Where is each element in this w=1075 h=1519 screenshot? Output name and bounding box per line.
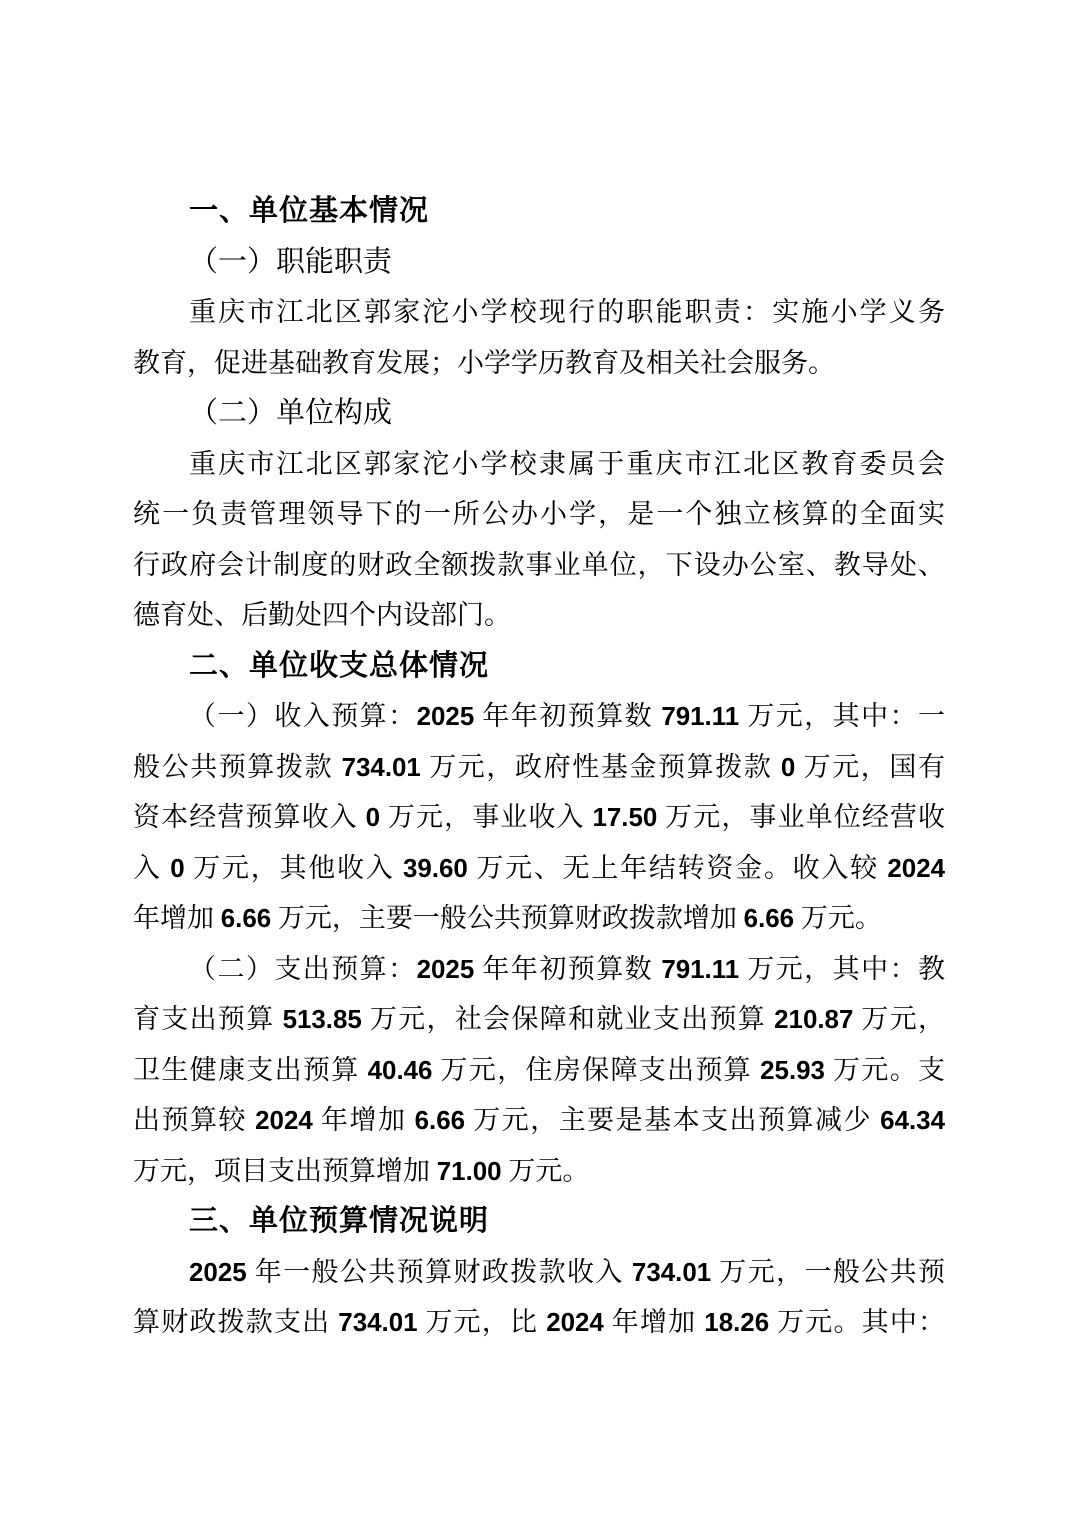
paragraph-line: 入 0 万元，其他收入 39.60 万元、无上年结转资金。收入较 2024: [133, 843, 945, 894]
sub-heading-1-1: （一）职能职责: [133, 237, 945, 288]
numeric-value: 6.66: [744, 905, 794, 933]
numeric-value: 6.66: [221, 905, 271, 933]
numeric-value: 2024: [887, 855, 945, 883]
numeric-value: 2025: [189, 1259, 247, 1287]
paragraph-line: 2025 年一般公共预算财政拨款收入 734.01 万元，一般公共预: [133, 1247, 945, 1298]
paragraph-line: （二）支出预算：2025 年年初预算数 791.11 万元，其中：教: [133, 944, 945, 995]
sub-heading-1-2: （二）单位构成: [133, 388, 945, 439]
numeric-value: 734.01: [632, 1259, 711, 1287]
section-heading-1: 一、单位基本情况: [133, 186, 945, 237]
numeric-value: 39.60: [403, 855, 468, 883]
numeric-value: 0: [170, 855, 184, 883]
numeric-value: 2024: [546, 1309, 604, 1337]
paragraph-line: 重庆市江北区郭家沱小学校现行的职能职责：实施小学义务: [133, 287, 945, 338]
numeric-value: 734.01: [338, 1309, 417, 1337]
numeric-value: 2025: [417, 703, 475, 731]
paragraph-line: 年增加 6.66 万元，主要一般公共预算财政拨款增加 6.66 万元。: [133, 893, 945, 944]
paragraph-line: 资本经营预算收入 0 万元，事业收入 17.50 万元，事业单位经营收: [133, 792, 945, 843]
paragraph-line: 般公共预算拨款 734.01 万元，政府性基金预算拨款 0 万元，国有: [133, 742, 945, 793]
numeric-value: 2025: [417, 956, 475, 984]
numeric-value: 791.11: [661, 703, 739, 731]
paragraph-line: 重庆市江北区郭家沱小学校隶属于重庆市江北区教育委员会: [133, 439, 945, 490]
paragraph-line: 德育处、后勤处四个内设部门。: [133, 590, 945, 641]
paragraph-line: 万元，项目支出预算增加 71.00 万元。: [133, 1146, 945, 1197]
paragraph-line: 出预算较 2024 年增加 6.66 万元，主要是基本支出预算减少 64.34: [133, 1095, 945, 1146]
section-heading-2: 二、单位收支总体情况: [133, 641, 945, 692]
paragraph-line: 教育，促进基础教育发展；小学学历教育及相关社会服务。: [133, 338, 945, 389]
numeric-value: 210.87: [774, 1006, 853, 1034]
numeric-value: 513.85: [283, 1006, 362, 1034]
paragraph-line: （一）收入预算：2025 年年初预算数 791.11 万元，其中：一: [133, 691, 945, 742]
document-content: 一、单位基本情况（一）职能职责重庆市江北区郭家沱小学校现行的职能职责：实施小学义…: [133, 186, 945, 1348]
numeric-value: 6.66: [415, 1107, 465, 1135]
paragraph-line: 育支出预算 513.85 万元，社会保障和就业支出预算 210.87 万元，: [133, 994, 945, 1045]
numeric-value: 25.93: [760, 1057, 825, 1085]
paragraph-line: 行政府会计制度的财政全额拨款事业单位，下设办公室、教导处、: [133, 540, 945, 591]
document-page: 一、单位基本情况（一）职能职责重庆市江北区郭家沱小学校现行的职能职责：实施小学义…: [0, 0, 1075, 1519]
numeric-value: 17.50: [592, 804, 657, 832]
paragraph-line: 卫生健康支出预算 40.46 万元，住房保障支出预算 25.93 万元。支: [133, 1045, 945, 1096]
numeric-value: 734.01: [342, 754, 421, 782]
numeric-value: 64.34: [880, 1107, 945, 1135]
section-heading-3: 三、单位预算情况说明: [133, 1196, 945, 1247]
numeric-value: 18.26: [704, 1309, 769, 1337]
paragraph-line: 统一负责管理领导下的一所公办小学，是一个独立核算的全面实: [133, 489, 945, 540]
numeric-value: 71.00: [437, 1158, 502, 1186]
numeric-value: 0: [781, 754, 795, 782]
numeric-value: 791.11: [661, 956, 739, 984]
numeric-value: 40.46: [368, 1057, 433, 1085]
numeric-value: 2024: [255, 1107, 313, 1135]
numeric-value: 0: [366, 804, 380, 832]
paragraph-line: 算财政拨款支出 734.01 万元，比 2024 年增加 18.26 万元。其中…: [133, 1297, 945, 1348]
